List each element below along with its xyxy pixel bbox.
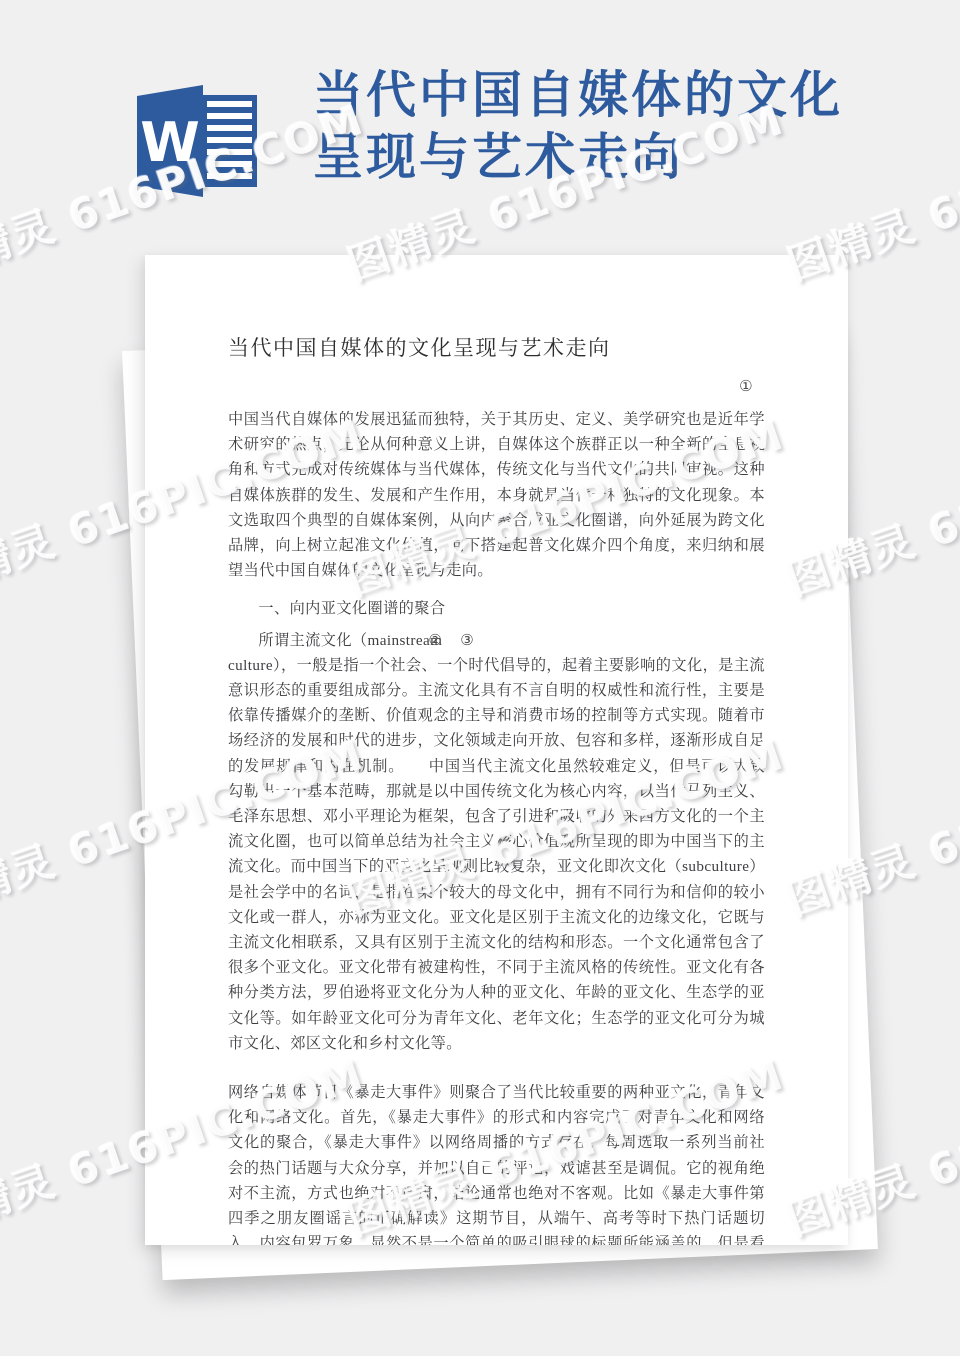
- footnote-marker-row: ①: [228, 375, 765, 397]
- paragraph-mainstream-lead-text: 所谓主流文化（mainstream: [258, 632, 442, 649]
- document-title: 当代中国自媒体的文化呈现与艺术走向: [228, 333, 765, 363]
- section-heading-1: 一、向内亚文化圈谱的聚合: [228, 596, 765, 621]
- preview-title-line2: 呈现与艺术走向: [313, 126, 893, 188]
- word-logo-icon: W: [133, 82, 259, 200]
- preview-title: 当代中国自媒体的文化 呈现与艺术走向: [313, 64, 893, 188]
- paragraph-baozou: 网络自媒体节目《暴走大事件》则聚合了当代比较重要的两种亚文化，青年文化和网络文化…: [228, 1080, 765, 1245]
- footnote-marker-2: ②: [428, 631, 442, 649]
- preview-title-line1: 当代中国自媒体的文化: [313, 64, 893, 126]
- footnote-marker-3: ③: [460, 631, 474, 649]
- paragraph-mainstream-body: culture），一般是指一个社会、一个时代倡导的，起着主要影响的文化，是主流意…: [228, 653, 765, 1056]
- footnote-marker-1: ①: [739, 377, 753, 395]
- paragraph-mainstream-lead: 所谓主流文化（mainstream②③: [228, 628, 765, 653]
- paragraph-intro: 中国当代自媒体的发展迅猛而独特，关于其历史、定义、美学研究也是近年学术研究的热点…: [228, 407, 765, 583]
- document-content: 当代中国自媒体的文化呈现与艺术走向 ① 中国当代自媒体的发展迅猛而独特，关于其历…: [145, 255, 848, 1245]
- document-page: 当代中国自媒体的文化呈现与艺术走向 ① 中国当代自媒体的发展迅猛而独特，关于其历…: [145, 255, 848, 1245]
- preview-canvas: W 当代中国自媒体的文化 呈现与艺术走向 当代中国自媒体的文化呈现与艺术走向 ①…: [0, 0, 960, 1356]
- word-logo-letter: W: [140, 111, 200, 174]
